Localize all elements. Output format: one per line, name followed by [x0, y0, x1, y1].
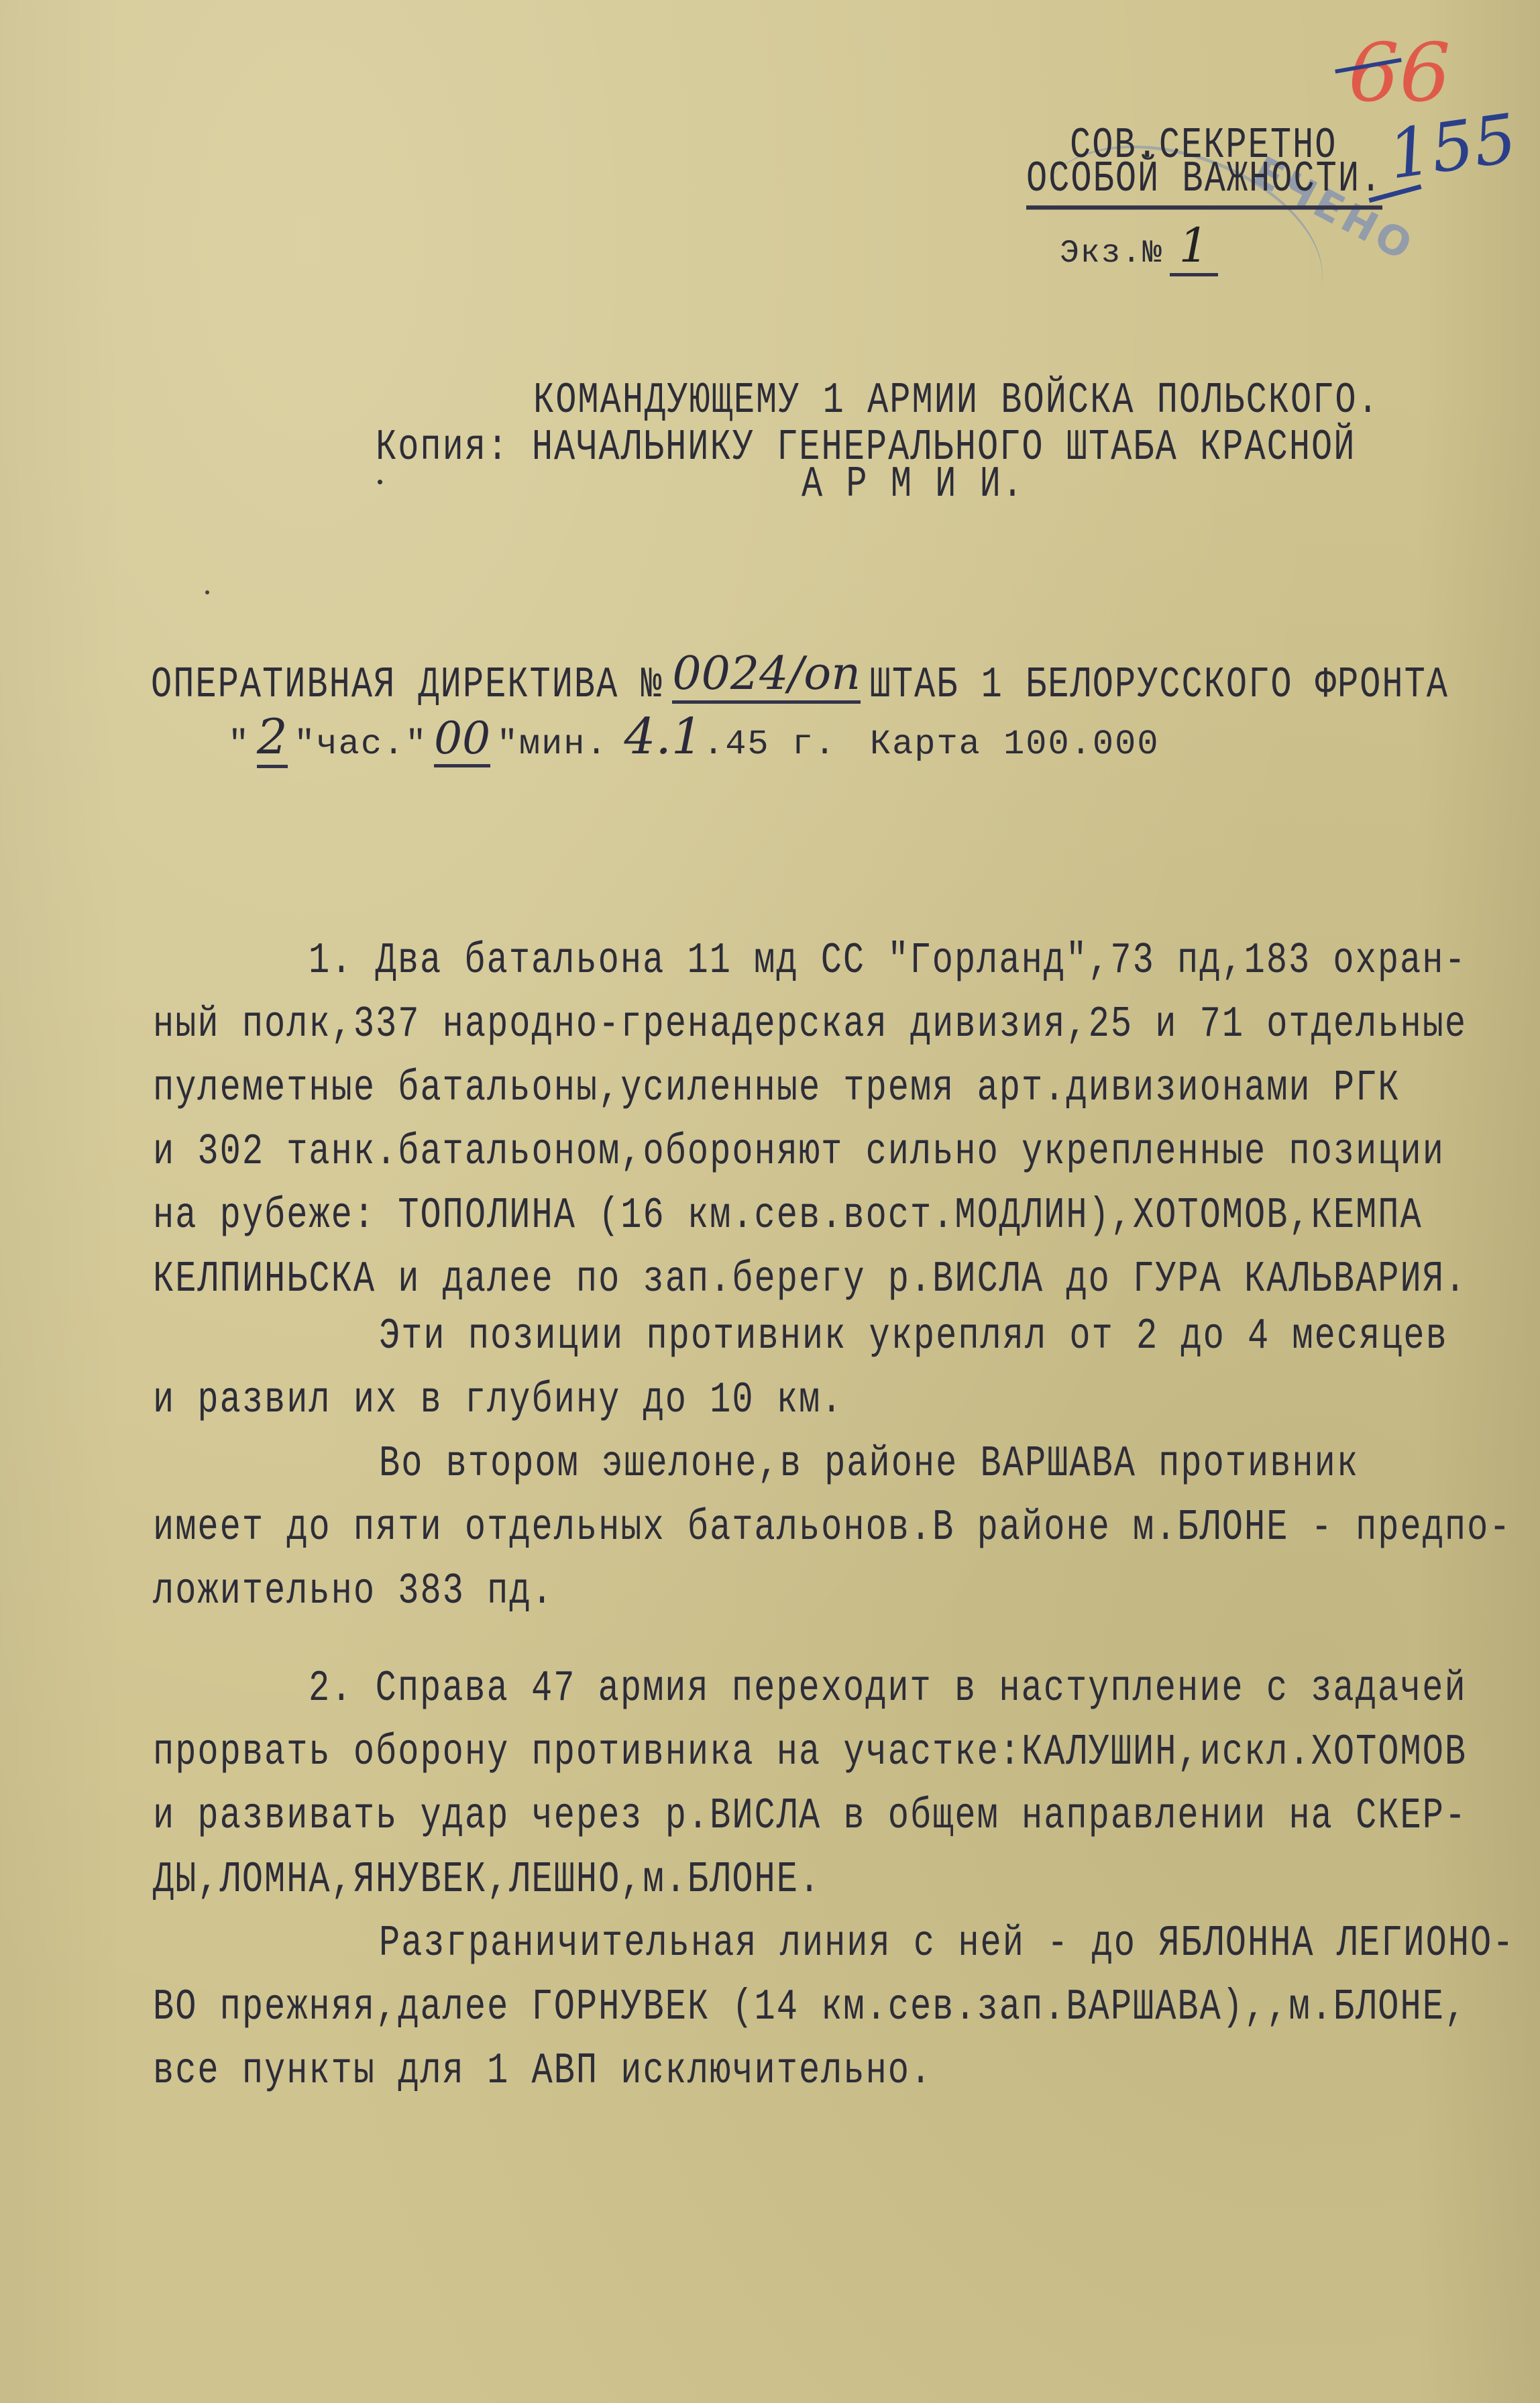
classification-line2: ОСОБОЙ ВАЖНОСТИ. [1026, 154, 1382, 210]
p2-line2: прорвать оборону противника на участке:К… [153, 1727, 1467, 1777]
p1c-line3: ложительно 383 пд. [153, 1566, 554, 1616]
copy-number-line: Экз.№ 1 [1060, 218, 1218, 273]
hour-label: "час." [294, 725, 427, 764]
p1b-line1: Эти позиции противник укреплял от 2 до 4… [379, 1312, 1448, 1361]
p1c-line1: Во втором эшелоне,в районе ВАРШАВА проти… [379, 1439, 1359, 1489]
red-archive-number: 66 [1348, 27, 1451, 120]
addressee-line3: А Р М И И. [802, 460, 1024, 509]
addressee-line2: Копия: НАЧАЛЬНИКУ ГЕНЕРАЛЬНОГО ШТАБА КРА… [376, 423, 1356, 462]
copy-label: Экз.№ [1060, 235, 1163, 272]
date-typed: .45 г. [703, 725, 836, 764]
p2b-line3: все пункты для 1 АВП исключительно. [153, 2046, 932, 2096]
map-scale: Карта 100.000 [870, 725, 1160, 764]
copy-prefix: Копия: [376, 423, 509, 472]
p1-line2: ный полк,337 народно-гренадерская дивизи… [153, 1000, 1467, 1049]
directive-title-suffix: ШТАБ 1 БЕЛОРУССКОГО ФРОНТА [870, 660, 1449, 710]
p2b-line1: Разграничительная линия с ней - до ЯБЛОН… [379, 1919, 1515, 1968]
directive-datetime: " 2 "час." 00 "мин. 4.1.45 г. Карта 100.… [228, 708, 1160, 765]
minute-label: "мин. [497, 725, 608, 764]
minute-value: 00 [434, 712, 490, 767]
p1-line3: пулеметные батальоны,усиленные тремя арт… [153, 1063, 1400, 1113]
p1b-line2: и развил их в глубину до 10 км. [153, 1375, 843, 1425]
p1-line4: и 302 танк.батальоном,обороняют сильно у… [153, 1127, 1445, 1177]
p1-line6: КЕЛПИНЬСКА и далее по зап.берегу р.ВИСЛА… [153, 1254, 1467, 1304]
p2-line3: и развивать удар через р.ВИСЛА в общем н… [153, 1791, 1467, 1841]
p2-line4: ДЫ,ЛОМНА,ЯНУВЕК,ЛЕШНО,м.БЛОНЕ. [153, 1855, 821, 1905]
addressee-line1: КОМАНДУЮЩЕМУ 1 АРМИИ ВОЙСКА ПОЛЬСКОГО. [533, 376, 1380, 425]
p2-line1: 2. Справа 47 армия переходит в наступлен… [309, 1664, 1467, 1713]
directive-number: 0024/оп [672, 647, 861, 704]
copy-number: 1 [1170, 218, 1219, 276]
p1-line5: на рубеже: ТОПОЛИНА (16 км.сев.вост.МОДЛ… [153, 1191, 1423, 1240]
date-handwritten: 4.1 [624, 708, 703, 765]
quote-mark: " [228, 725, 250, 764]
p1c-line2: имеет до пяти отдельных батальонов.В рай… [153, 1503, 1512, 1552]
p1-line1: 1. Два батальона 11 мд СС "Горланд",73 п… [309, 936, 1467, 985]
blue-archive-number: 155 [1384, 99, 1521, 194]
directive-title: ОПЕРАТИВНАЯ ДИРЕКТИВА № 0024/оп ШТАБ 1 Б… [151, 647, 1449, 700]
dot-mark [378, 480, 382, 484]
dot-mark [205, 590, 209, 594]
hour-value: 2 [257, 708, 288, 768]
directive-title-prefix: ОПЕРАТИВНАЯ ДИРЕКТИВА № [151, 660, 663, 710]
p2b-line2: ВО прежняя,далее ГОРНУВЕК (14 км.сев.зап… [153, 1982, 1467, 2032]
